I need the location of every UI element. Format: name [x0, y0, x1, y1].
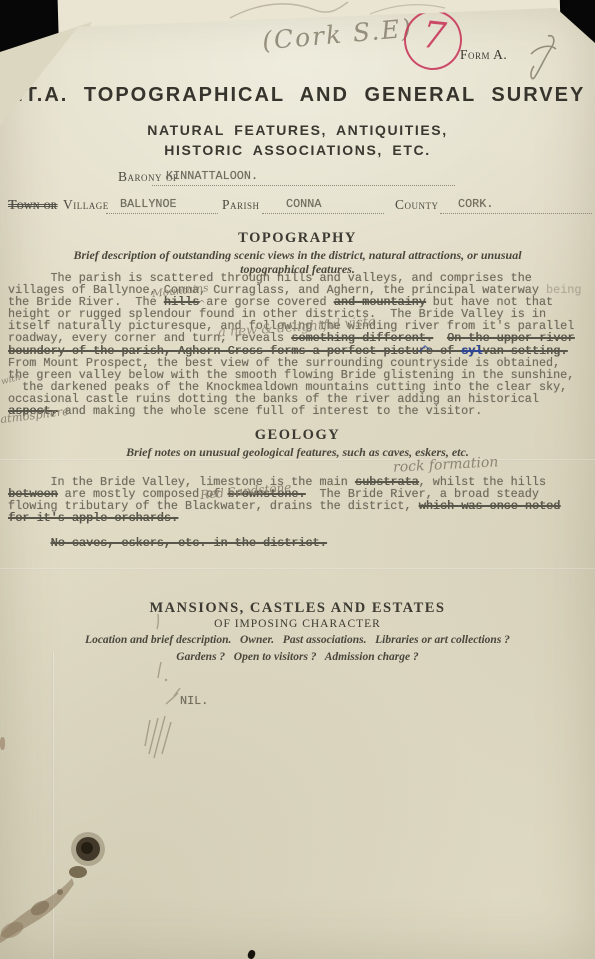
pencil-initials-icon	[524, 32, 562, 82]
mansions-subheading: OF IMPOSING CHARACTER	[0, 618, 595, 630]
ink-stain	[0, 780, 150, 959]
typed-text: No caves, eskers, etc. in the district.	[50, 536, 326, 550]
form-a-label: Form A.	[460, 47, 507, 63]
form-page: (Cork S.E) 7 Form A. I.T.A. TOPOGRAPHICA…	[0, 0, 595, 959]
geology-heading: GEOLOGY	[0, 427, 595, 444]
topography-heading: TOPOGRAPHY	[0, 230, 595, 247]
mansions-heading: MANSIONS, CASTLES AND ESTATES	[0, 600, 595, 617]
circled-number-text: 7	[420, 13, 448, 58]
typed-text: for it's apple orchards.	[8, 511, 178, 525]
geology-description: Brief notes on unusual geological featur…	[0, 445, 595, 460]
blue-ink-mark	[418, 344, 432, 354]
parish-value: CONNA	[286, 197, 321, 211]
paper-crease	[0, 568, 595, 570]
geology-paragraph: In the Bride Valley, limestone is the ma…	[8, 476, 594, 524]
town-or-label-struck: Town or	[8, 197, 57, 213]
village-label: Village	[63, 197, 109, 213]
mansions-prompt-1: Location and brief description. Owner. P…	[0, 634, 595, 646]
typed-line: No caves, eskers, etc. in the district.	[8, 537, 594, 549]
village-value: BALLYNOE	[120, 197, 177, 211]
county-dotted-line	[440, 212, 592, 214]
page-title: I.T.A. TOPOGRAPHICAL AND GENERAL SURVEY	[0, 84, 595, 107]
parish-label: Parish	[222, 197, 260, 213]
typed-text: and making the whole scene full of inter…	[58, 404, 483, 418]
page-subtitle-2: HISTORIC ASSOCIATIONS, ETC.	[0, 142, 595, 158]
barony-value: KINNATTALOON.	[166, 169, 258, 183]
typed-line: for it's apple orchards.	[8, 512, 594, 524]
pencil-scribble-icon	[130, 600, 210, 760]
page-subtitle-1: NATURAL FEATURES, ANTIQUITIES,	[0, 122, 595, 138]
mansions-prompt-2: Gardens ? Open to visitors ? Admission c…	[0, 651, 595, 663]
county-label: County	[395, 197, 439, 213]
typed-text: which was once noted	[419, 499, 561, 513]
pencil-corner-note: (Cork S.E)	[261, 13, 414, 55]
typed-text	[8, 536, 50, 550]
village-dotted-line	[106, 212, 218, 214]
pencil-caret: ^	[198, 300, 206, 310]
scanned-form-page: (Cork S.E) 7 Form A. I.T.A. TOPOGRAPHICA…	[0, 0, 595, 959]
topography-paragraph: The parish is scattered through hills an…	[8, 272, 594, 417]
ink-speck	[247, 949, 257, 959]
topography-description-1: Brief description of outstanding scenic …	[0, 248, 595, 263]
geology-note: No caves, eskers, etc. in the district.	[8, 537, 594, 549]
parish-dotted-line	[262, 212, 384, 214]
county-value: CORK.	[458, 197, 493, 211]
typed-line: aspect, and making the whole scene full …	[8, 405, 594, 417]
edge-mark	[0, 737, 5, 750]
barony-dotted-line	[152, 184, 455, 186]
